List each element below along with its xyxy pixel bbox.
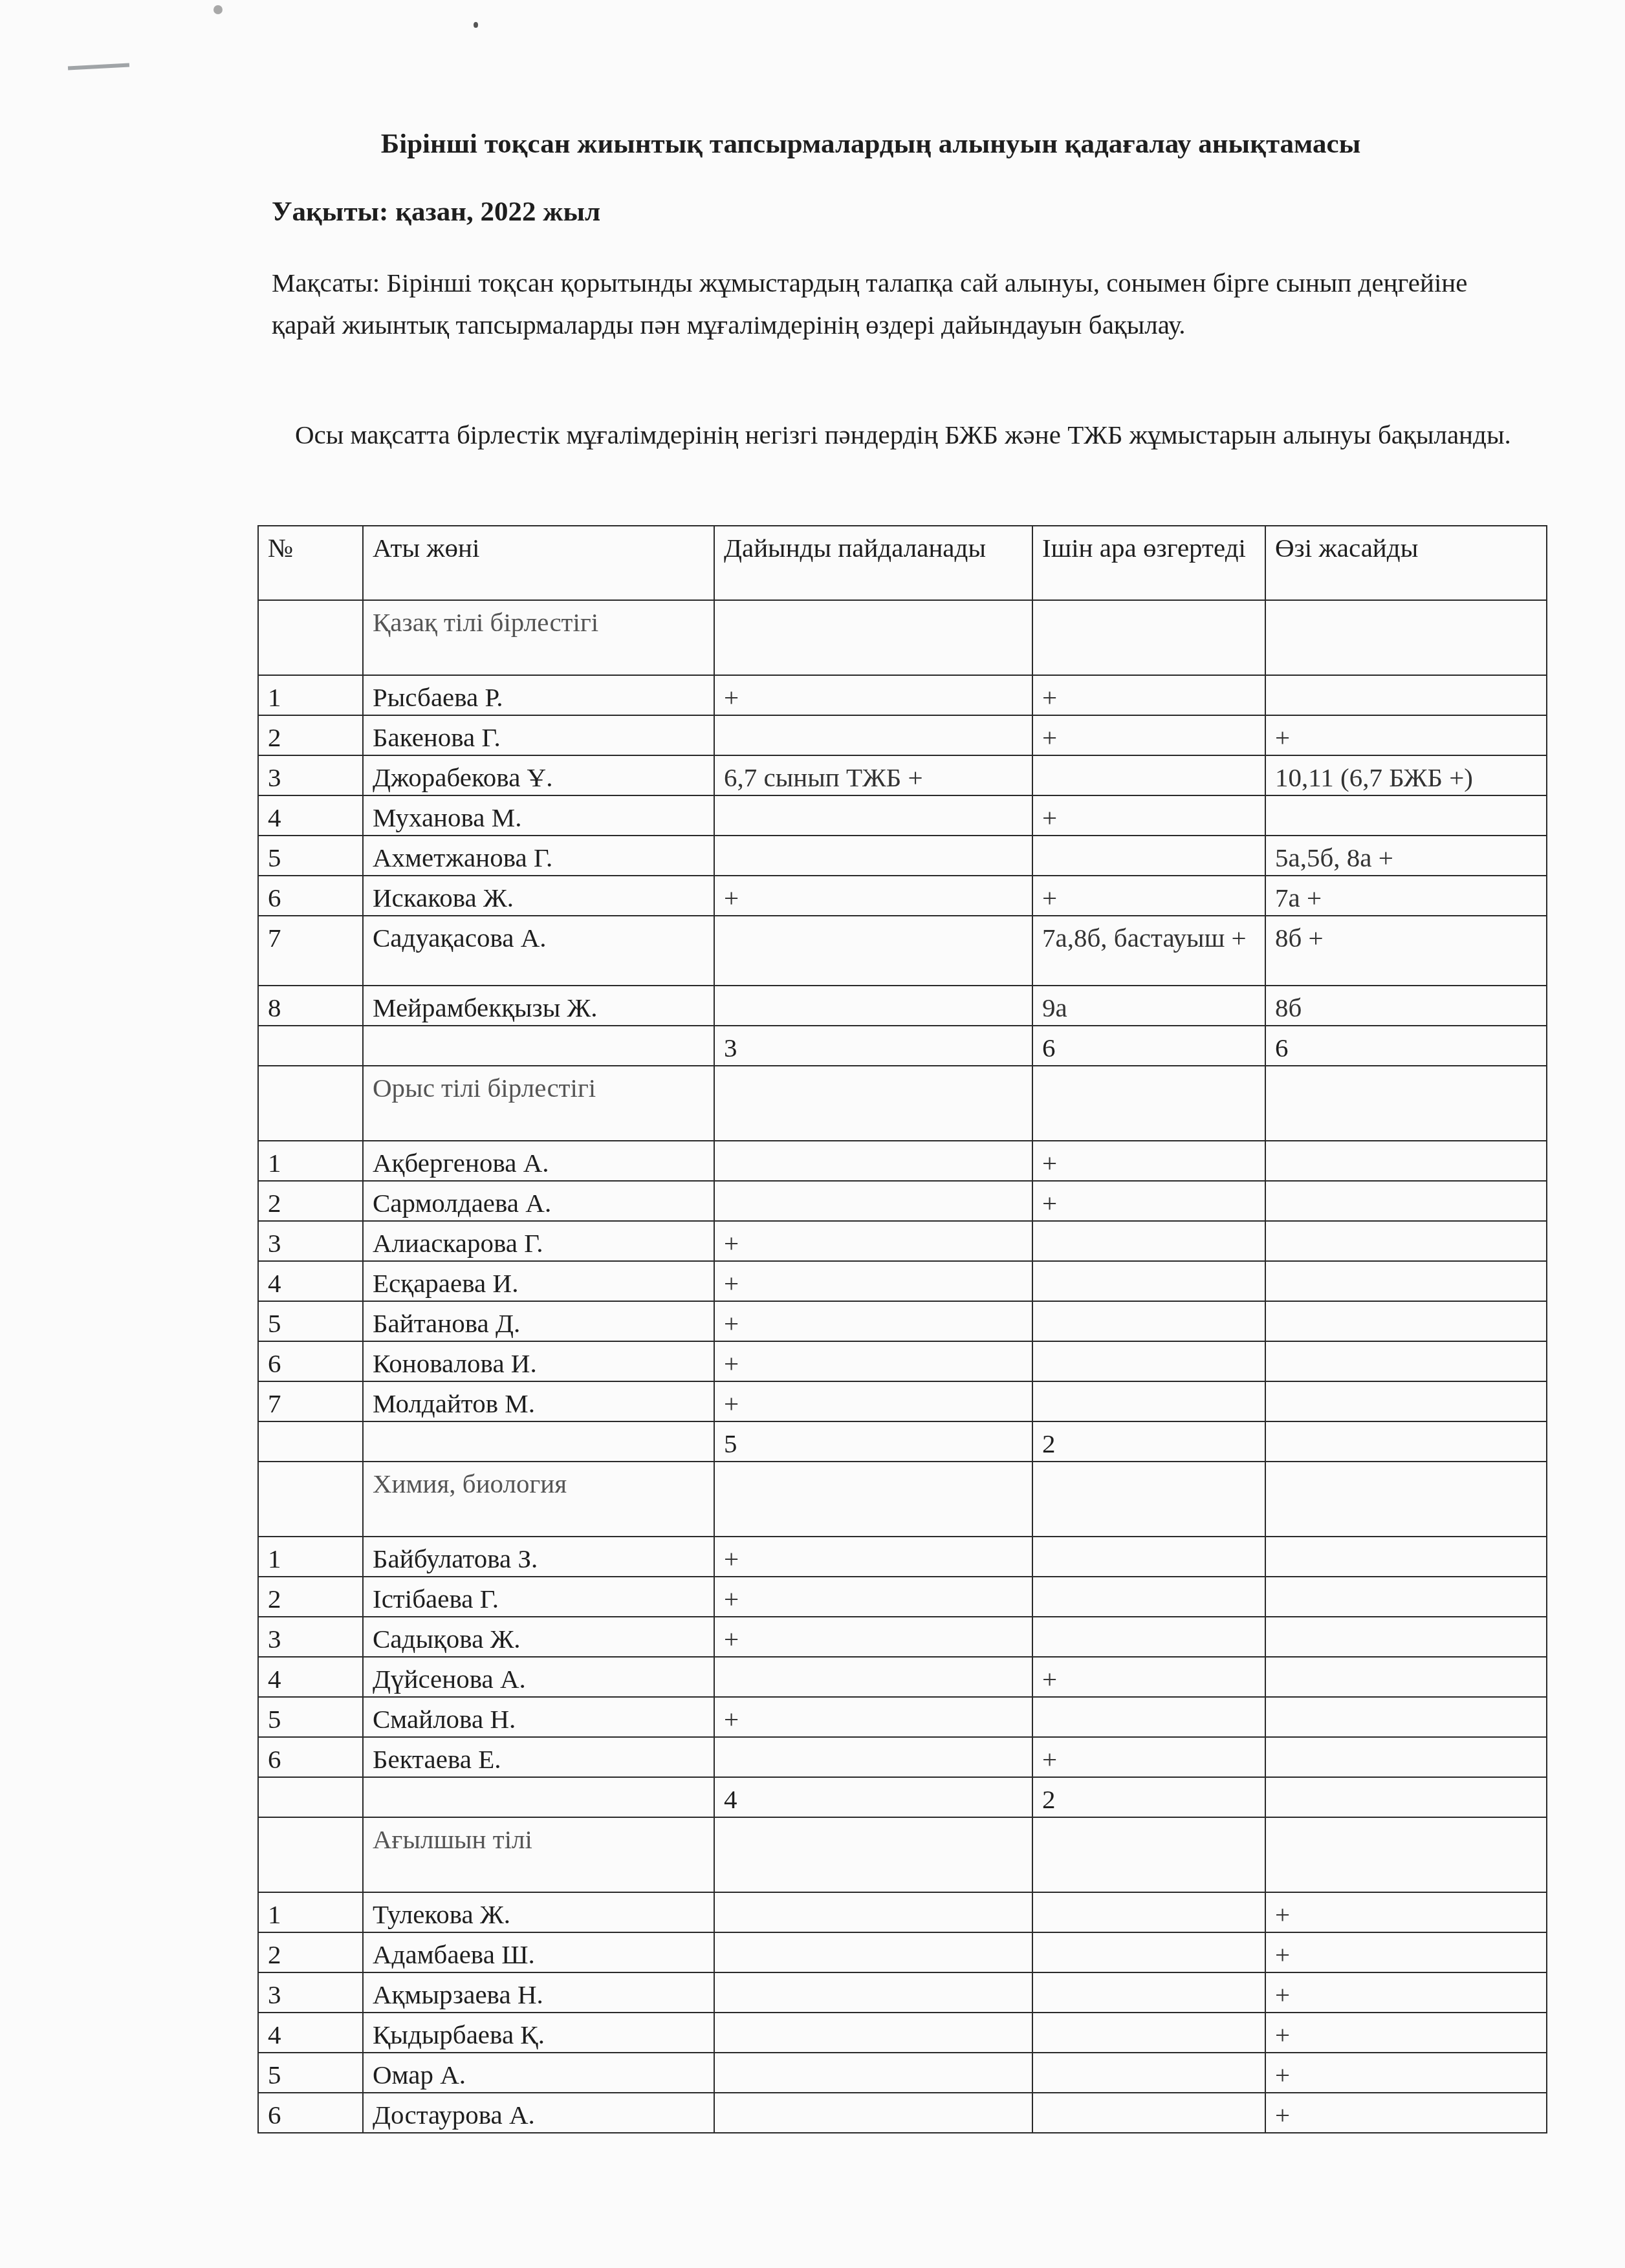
table-row: 5Байтанова Д.+ — [258, 1301, 1547, 1341]
uses-ready-cell: + — [714, 1301, 1032, 1341]
total-creates-own: 6 — [1265, 1026, 1547, 1066]
table-row: 7Молдайтов М.+ — [258, 1381, 1547, 1421]
row-number: 7 — [258, 1381, 363, 1421]
assessment-table: № Аты жөні Дайынды пайдаланады Ішін ара … — [257, 525, 1547, 2133]
modifies-cell — [1032, 1617, 1265, 1657]
row-number: 1 — [258, 1141, 363, 1181]
creates-own-cell: + — [1265, 1972, 1547, 2013]
modifies-cell — [1032, 2013, 1265, 2053]
document-title: Бірінші тоқсан жиынтық тапсырмалардың ал… — [0, 128, 1625, 160]
modifies-cell — [1032, 1972, 1265, 2013]
creates-own-cell — [1265, 1537, 1547, 1577]
teacher-name: Омар А. — [363, 2053, 714, 2093]
modifies-cell: + — [1032, 1737, 1265, 1777]
teacher-name: Молдайтов М. — [363, 1381, 714, 1421]
modifies-cell — [1032, 1892, 1265, 1932]
header-creates-own: Өзі жасайды — [1265, 526, 1547, 600]
modifies-cell — [1032, 2053, 1265, 2093]
teacher-name: Адамбаева Ш. — [363, 1932, 714, 1972]
uses-ready-cell: + — [714, 1341, 1032, 1381]
table-row: 1Тулекова Ж.+ — [258, 1892, 1547, 1932]
teacher-name: Бектаева Е. — [363, 1737, 714, 1777]
row-number: 8 — [258, 986, 363, 1026]
total-empty-cell — [258, 1026, 363, 1066]
creates-own-cell: + — [1265, 2093, 1547, 2133]
uses-ready-cell — [714, 2053, 1032, 2093]
modifies-cell — [1032, 836, 1265, 876]
row-number: 3 — [258, 1221, 363, 1261]
row-number: 3 — [258, 1617, 363, 1657]
uses-ready-cell — [714, 1932, 1032, 1972]
creates-own-cell — [1265, 1181, 1547, 1221]
table-row: 2Адамбаева Ш.+ — [258, 1932, 1547, 1972]
creates-own-cell: 10,11 (6,7 БЖБ +) — [1265, 755, 1547, 795]
section-row: Химия, биология — [258, 1462, 1547, 1537]
uses-ready-cell: + — [714, 1617, 1032, 1657]
row-number: 6 — [258, 876, 363, 916]
table-row: 2Бакенова Г.++ — [258, 715, 1547, 755]
modifies-cell — [1032, 1537, 1265, 1577]
row-number: 5 — [258, 1697, 363, 1737]
section-number-cell — [258, 1462, 363, 1537]
uses-ready-cell — [714, 1181, 1032, 1221]
creates-own-cell — [1265, 1301, 1547, 1341]
section-row: Орыс тілі бірлестігі — [258, 1066, 1547, 1141]
teacher-name: Садуақасова А. — [363, 916, 714, 986]
creates-own-cell — [1265, 1737, 1547, 1777]
uses-ready-cell: + — [714, 1697, 1032, 1737]
creates-own-cell — [1265, 1341, 1547, 1381]
section-title: Орыс тілі бірлестігі — [363, 1066, 714, 1141]
table-row: 4Муханова М.+ — [258, 795, 1547, 836]
table-header-row: № Аты жөні Дайынды пайдаланады Ішін ара … — [258, 526, 1547, 600]
row-number: 5 — [258, 836, 363, 876]
total-creates-own — [1265, 1777, 1547, 1817]
uses-ready-cell — [714, 2013, 1032, 2053]
teacher-name: Ақмырзаева Н. — [363, 1972, 714, 2013]
table-row: 3Ақмырзаева Н.+ — [258, 1972, 1547, 2013]
row-number: 4 — [258, 2013, 363, 2053]
row-number: 2 — [258, 1181, 363, 1221]
table-row: 7Садуақасова А.7а,8б, бастауыш +8б + — [258, 916, 1547, 986]
table-row: 5Омар А.+ — [258, 2053, 1547, 2093]
table-row: 2Сармолдаева А.+ — [258, 1181, 1547, 1221]
section-total-row: 366 — [258, 1026, 1547, 1066]
row-number: 5 — [258, 2053, 363, 2093]
table-row: 6Бектаева Е.+ — [258, 1737, 1547, 1777]
row-number: 3 — [258, 755, 363, 795]
row-number: 2 — [258, 1932, 363, 1972]
uses-ready-cell — [714, 2093, 1032, 2133]
row-number: 4 — [258, 1657, 363, 1697]
teacher-name: Смайлова Н. — [363, 1697, 714, 1737]
uses-ready-cell — [714, 986, 1032, 1026]
section-row: Қазақ тілі бірлестігі — [258, 600, 1547, 675]
table-row: 4Есқараева И.+ — [258, 1261, 1547, 1301]
modifies-cell — [1032, 1577, 1265, 1617]
table-row: 4Дүйсенова А.+ — [258, 1657, 1547, 1697]
intro-paragraph: Осы мақсатта бірлестік мұғалімдерінің не… — [272, 414, 1514, 456]
teacher-name: Джорабекова Ұ. — [363, 755, 714, 795]
table-row: 5Смайлова Н.+ — [258, 1697, 1547, 1737]
uses-ready-cell — [714, 836, 1032, 876]
teacher-name: Мейрамбекқызы Ж. — [363, 986, 714, 1026]
creates-own-cell: + — [1265, 2013, 1547, 2053]
teacher-name: Бакенова Г. — [363, 715, 714, 755]
date-line: Уақыты: қазан, 2022 жыл — [272, 196, 600, 228]
total-modifies: 6 — [1032, 1026, 1265, 1066]
creates-own-cell: + — [1265, 715, 1547, 755]
teacher-name: Есқараева И. — [363, 1261, 714, 1301]
modifies-cell: + — [1032, 715, 1265, 755]
modifies-cell — [1032, 1261, 1265, 1301]
section-number-cell — [258, 1817, 363, 1892]
row-number: 6 — [258, 1341, 363, 1381]
section-empty-cell — [1032, 1817, 1265, 1892]
table-row: 6Коновалова И.+ — [258, 1341, 1547, 1381]
table-row: 3Садықова Ж.+ — [258, 1617, 1547, 1657]
header-number: № — [258, 526, 363, 600]
teacher-name: Байбулатова З. — [363, 1537, 714, 1577]
creates-own-cell — [1265, 1577, 1547, 1617]
uses-ready-cell — [714, 715, 1032, 755]
modifies-cell: + — [1032, 675, 1265, 715]
purpose-paragraph: Мақсаты: Бірінші тоқсан қорытынды жұмыст… — [272, 262, 1514, 346]
creates-own-cell: + — [1265, 1932, 1547, 1972]
uses-ready-cell: + — [714, 1577, 1032, 1617]
creates-own-cell — [1265, 1617, 1547, 1657]
modifies-cell — [1032, 755, 1265, 795]
row-number: 1 — [258, 1892, 363, 1932]
section-empty-cell — [1265, 600, 1547, 675]
creates-own-cell — [1265, 1261, 1547, 1301]
row-number: 4 — [258, 795, 363, 836]
creates-own-cell — [1265, 1381, 1547, 1421]
scan-artifact-dot — [213, 5, 223, 14]
row-number: 4 — [258, 1261, 363, 1301]
row-number: 1 — [258, 675, 363, 715]
teacher-name: Дүйсенова А. — [363, 1657, 714, 1697]
total-empty-cell — [363, 1026, 714, 1066]
row-number: 1 — [258, 1537, 363, 1577]
teacher-name: Коновалова И. — [363, 1341, 714, 1381]
row-number: 6 — [258, 2093, 363, 2133]
section-empty-cell — [714, 600, 1032, 675]
table-row: 6Достаурова А.+ — [258, 2093, 1547, 2133]
creates-own-cell — [1265, 1221, 1547, 1261]
row-number: 5 — [258, 1301, 363, 1341]
section-empty-cell — [714, 1817, 1032, 1892]
creates-own-cell: + — [1265, 2053, 1547, 2093]
creates-own-cell — [1265, 1141, 1547, 1181]
table-row: 4Қыдырбаева Қ.+ — [258, 2013, 1547, 2053]
total-modifies: 2 — [1032, 1421, 1265, 1462]
uses-ready-cell — [714, 795, 1032, 836]
table-row: 8Мейрамбекқызы Ж.9а8б — [258, 986, 1547, 1026]
total-modifies: 2 — [1032, 1777, 1265, 1817]
creates-own-cell — [1265, 795, 1547, 836]
teacher-name: Искакова Ж. — [363, 876, 714, 916]
section-empty-cell — [1265, 1462, 1547, 1537]
section-row: Ағылшын тілі — [258, 1817, 1547, 1892]
teacher-name: Тулекова Ж. — [363, 1892, 714, 1932]
row-number: 3 — [258, 1972, 363, 2013]
section-title: Химия, биология — [363, 1462, 714, 1537]
teacher-name: Достаурова А. — [363, 2093, 714, 2133]
table-row: 3Джорабекова Ұ.6,7 сынып ТЖБ +10,11 (6,7… — [258, 755, 1547, 795]
modifies-cell — [1032, 1932, 1265, 1972]
teacher-name: Байтанова Д. — [363, 1301, 714, 1341]
uses-ready-cell: + — [714, 1381, 1032, 1421]
total-uses-ready: 4 — [714, 1777, 1032, 1817]
modifies-cell: + — [1032, 876, 1265, 916]
uses-ready-cell: + — [714, 675, 1032, 715]
modifies-cell: + — [1032, 795, 1265, 836]
modifies-cell: + — [1032, 1141, 1265, 1181]
row-number: 2 — [258, 715, 363, 755]
teacher-name: Рысбаева Р. — [363, 675, 714, 715]
teacher-name: Садықова Ж. — [363, 1617, 714, 1657]
uses-ready-cell — [714, 1657, 1032, 1697]
creates-own-cell: 8б — [1265, 986, 1547, 1026]
section-title: Ағылшын тілі — [363, 1817, 714, 1892]
modifies-cell — [1032, 1341, 1265, 1381]
uses-ready-cell — [714, 1141, 1032, 1181]
teacher-name: Ахметжанова Г. — [363, 836, 714, 876]
header-uses-ready: Дайынды пайдаланады — [714, 526, 1032, 600]
header-modifies: Ішін ара өзгертеді — [1032, 526, 1265, 600]
creates-own-cell — [1265, 675, 1547, 715]
table-row: 2Істібаева Г.+ — [258, 1577, 1547, 1617]
row-number: 7 — [258, 916, 363, 986]
section-empty-cell — [1032, 600, 1265, 675]
modifies-cell: + — [1032, 1657, 1265, 1697]
creates-own-cell: + — [1265, 1892, 1547, 1932]
teacher-name: Істібаева Г. — [363, 1577, 714, 1617]
table-row: 6Искакова Ж.++7а + — [258, 876, 1547, 916]
section-empty-cell — [1265, 1817, 1547, 1892]
creates-own-cell — [1265, 1697, 1547, 1737]
uses-ready-cell: 6,7 сынып ТЖБ + — [714, 755, 1032, 795]
table-row: 3Алиаскарова Г.+ — [258, 1221, 1547, 1261]
total-creates-own — [1265, 1421, 1547, 1462]
section-empty-cell — [714, 1462, 1032, 1537]
modifies-cell — [1032, 1301, 1265, 1341]
section-empty-cell — [1032, 1462, 1265, 1537]
table-row: 1Рысбаева Р.++ — [258, 675, 1547, 715]
section-total-row: 42 — [258, 1777, 1547, 1817]
modifies-cell — [1032, 2093, 1265, 2133]
table-row: 5Ахметжанова Г.5а,5б, 8а + — [258, 836, 1547, 876]
teacher-name: Сармолдаева А. — [363, 1181, 714, 1221]
total-empty-cell — [258, 1777, 363, 1817]
total-empty-cell — [363, 1421, 714, 1462]
modifies-cell: 9а — [1032, 986, 1265, 1026]
section-number-cell — [258, 1066, 363, 1141]
section-total-row: 52 — [258, 1421, 1547, 1462]
uses-ready-cell: + — [714, 1221, 1032, 1261]
modifies-cell — [1032, 1697, 1265, 1737]
row-number: 6 — [258, 1737, 363, 1777]
modifies-cell — [1032, 1381, 1265, 1421]
table-row: 1Байбулатова З.+ — [258, 1537, 1547, 1577]
total-empty-cell — [363, 1777, 714, 1817]
uses-ready-cell — [714, 1737, 1032, 1777]
total-empty-cell — [258, 1421, 363, 1462]
section-empty-cell — [1265, 1066, 1547, 1141]
uses-ready-cell: + — [714, 1537, 1032, 1577]
modifies-cell: + — [1032, 1181, 1265, 1221]
section-empty-cell — [1032, 1066, 1265, 1141]
scan-artifact-line — [68, 63, 129, 70]
creates-own-cell: 8б + — [1265, 916, 1547, 986]
scan-artifact-dot — [474, 22, 478, 28]
uses-ready-cell: + — [714, 876, 1032, 916]
uses-ready-cell — [714, 1892, 1032, 1932]
uses-ready-cell: + — [714, 1261, 1032, 1301]
modifies-cell: 7а,8б, бастауыш + — [1032, 916, 1265, 986]
uses-ready-cell — [714, 916, 1032, 986]
creates-own-cell: 5а,5б, 8а + — [1265, 836, 1547, 876]
teacher-name: Ақбергенова А. — [363, 1141, 714, 1181]
section-number-cell — [258, 600, 363, 675]
section-empty-cell — [714, 1066, 1032, 1141]
creates-own-cell: 7а + — [1265, 876, 1547, 916]
table-row: 1Ақбергенова А.+ — [258, 1141, 1547, 1181]
uses-ready-cell — [714, 1972, 1032, 2013]
teacher-name: Муханова М. — [363, 795, 714, 836]
modifies-cell — [1032, 1221, 1265, 1261]
row-number: 2 — [258, 1577, 363, 1617]
header-name: Аты жөні — [363, 526, 714, 600]
section-title: Қазақ тілі бірлестігі — [363, 600, 714, 675]
teacher-name: Қыдырбаева Қ. — [363, 2013, 714, 2053]
teacher-name: Алиаскарова Г. — [363, 1221, 714, 1261]
total-uses-ready: 3 — [714, 1026, 1032, 1066]
creates-own-cell — [1265, 1657, 1547, 1697]
total-uses-ready: 5 — [714, 1421, 1032, 1462]
